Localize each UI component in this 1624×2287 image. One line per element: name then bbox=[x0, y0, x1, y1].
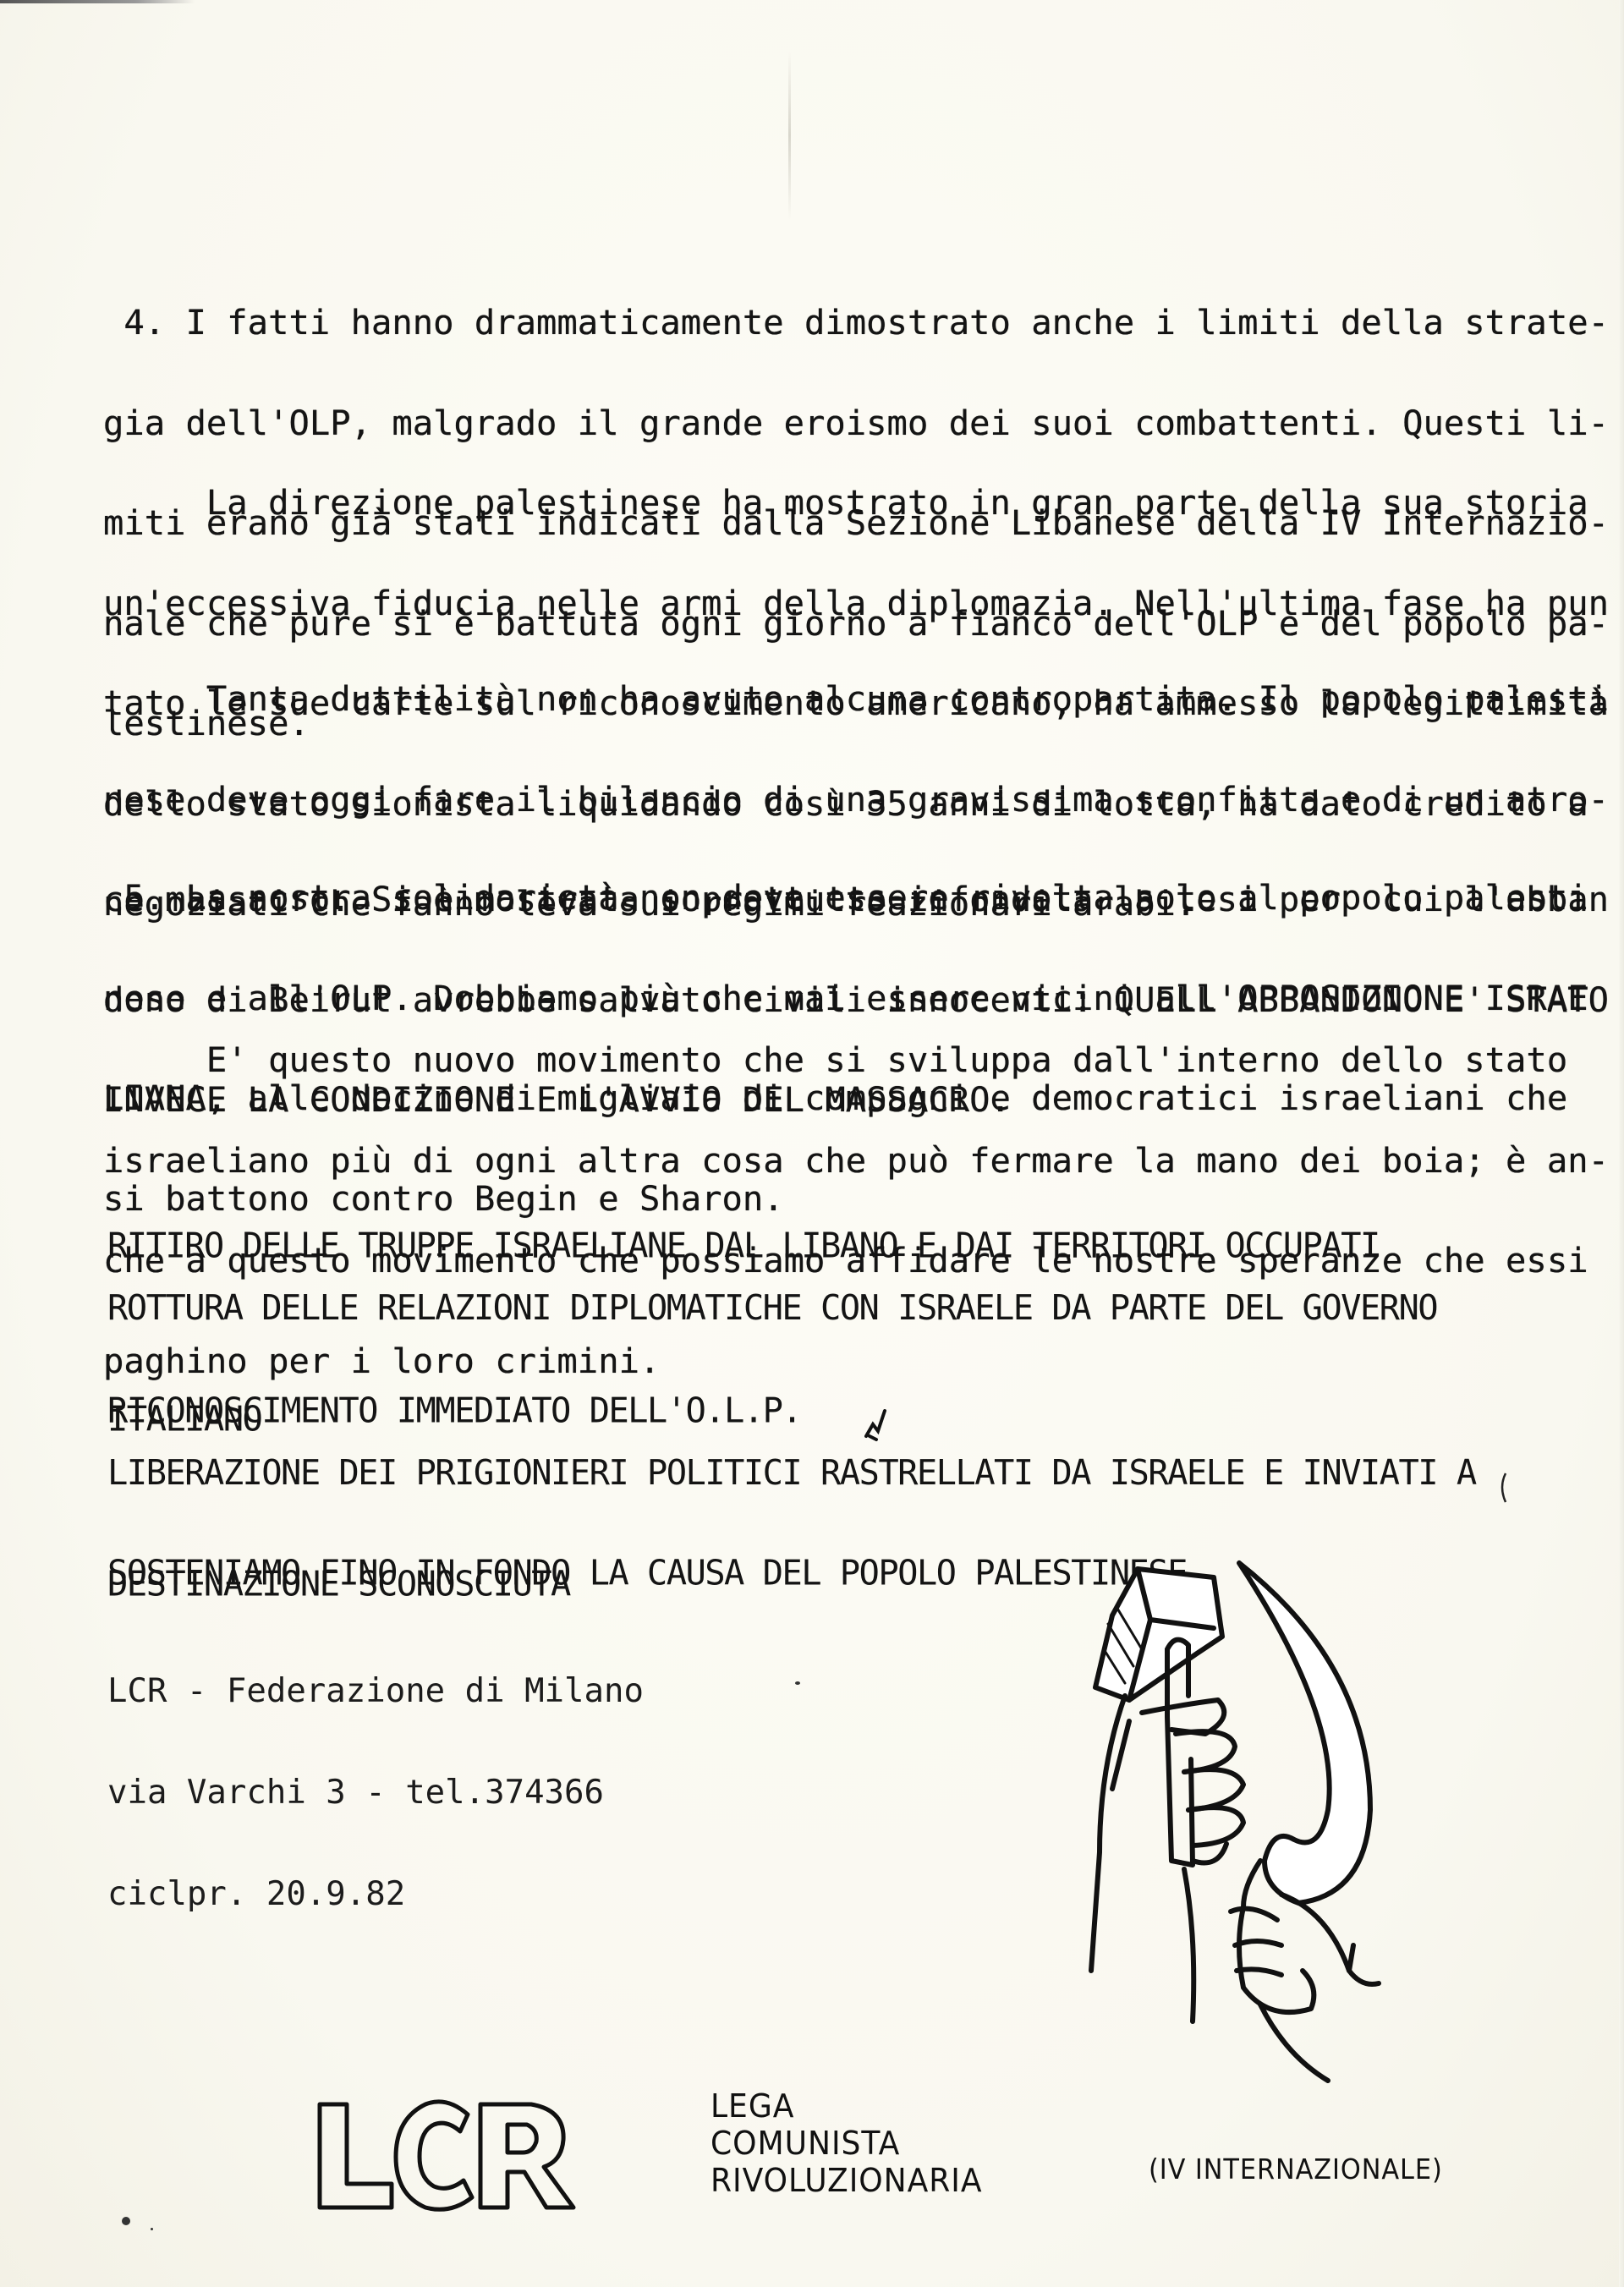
signature-print-date: ciclpr. 20.9.82 bbox=[107, 1878, 644, 1911]
signature-org: LCR - Federazione di Milano bbox=[107, 1675, 644, 1708]
lcr-logo-mark bbox=[311, 2089, 616, 2216]
text-line: E' questo nuovo movimento che si svilupp… bbox=[103, 1044, 1609, 1078]
signature-block: LCR - Federazione di Milano via Varchi 3… bbox=[107, 1607, 644, 1979]
page-edge bbox=[1619, 0, 1624, 2287]
ink-speck bbox=[795, 1681, 800, 1685]
ink-speck bbox=[151, 2228, 153, 2230]
scan-edge bbox=[0, 0, 195, 3]
org-name-line: RIVOLUZIONARIA bbox=[710, 2162, 983, 2199]
organization-name: LEGA COMUNISTA RIVOLUZIONARIA bbox=[710, 2087, 983, 2199]
org-name-line: LEGA bbox=[710, 2087, 983, 2125]
handwritten-correction-mark bbox=[861, 1402, 895, 1443]
text-line: La direzione palestinese ha mostrato in … bbox=[103, 486, 1609, 520]
document-page: 4. I fatti hanno drammaticamente dimostr… bbox=[0, 0, 1624, 2287]
hammer-sickle-illustration bbox=[1049, 1548, 1556, 2123]
ink-speck bbox=[122, 2217, 130, 2225]
org-name-line: COMUNISTA bbox=[710, 2125, 983, 2162]
text-line: nese deve oggi fare il bilancio di una g… bbox=[103, 783, 1609, 817]
text-line: Tanta duttilità non ha avuto alcuna cont… bbox=[103, 683, 1609, 716]
signature-address: via Varchi 3 - tel.374366 bbox=[107, 1776, 644, 1810]
paper-fold-mark bbox=[788, 51, 791, 220]
stray-mark bbox=[1497, 1472, 1509, 1505]
organization-affiliation: (IV INTERNAZIONALE) bbox=[1149, 2153, 1443, 2186]
demand-line: SOSTENIAMO FINO IN FONDO LA CAUSA DEL PO… bbox=[107, 1555, 1187, 1592]
text-line: 4. I fatti hanno drammaticamente dimostr… bbox=[103, 306, 1609, 340]
text-line: 5. La nostra solidarietà non deve essere… bbox=[103, 881, 1588, 915]
